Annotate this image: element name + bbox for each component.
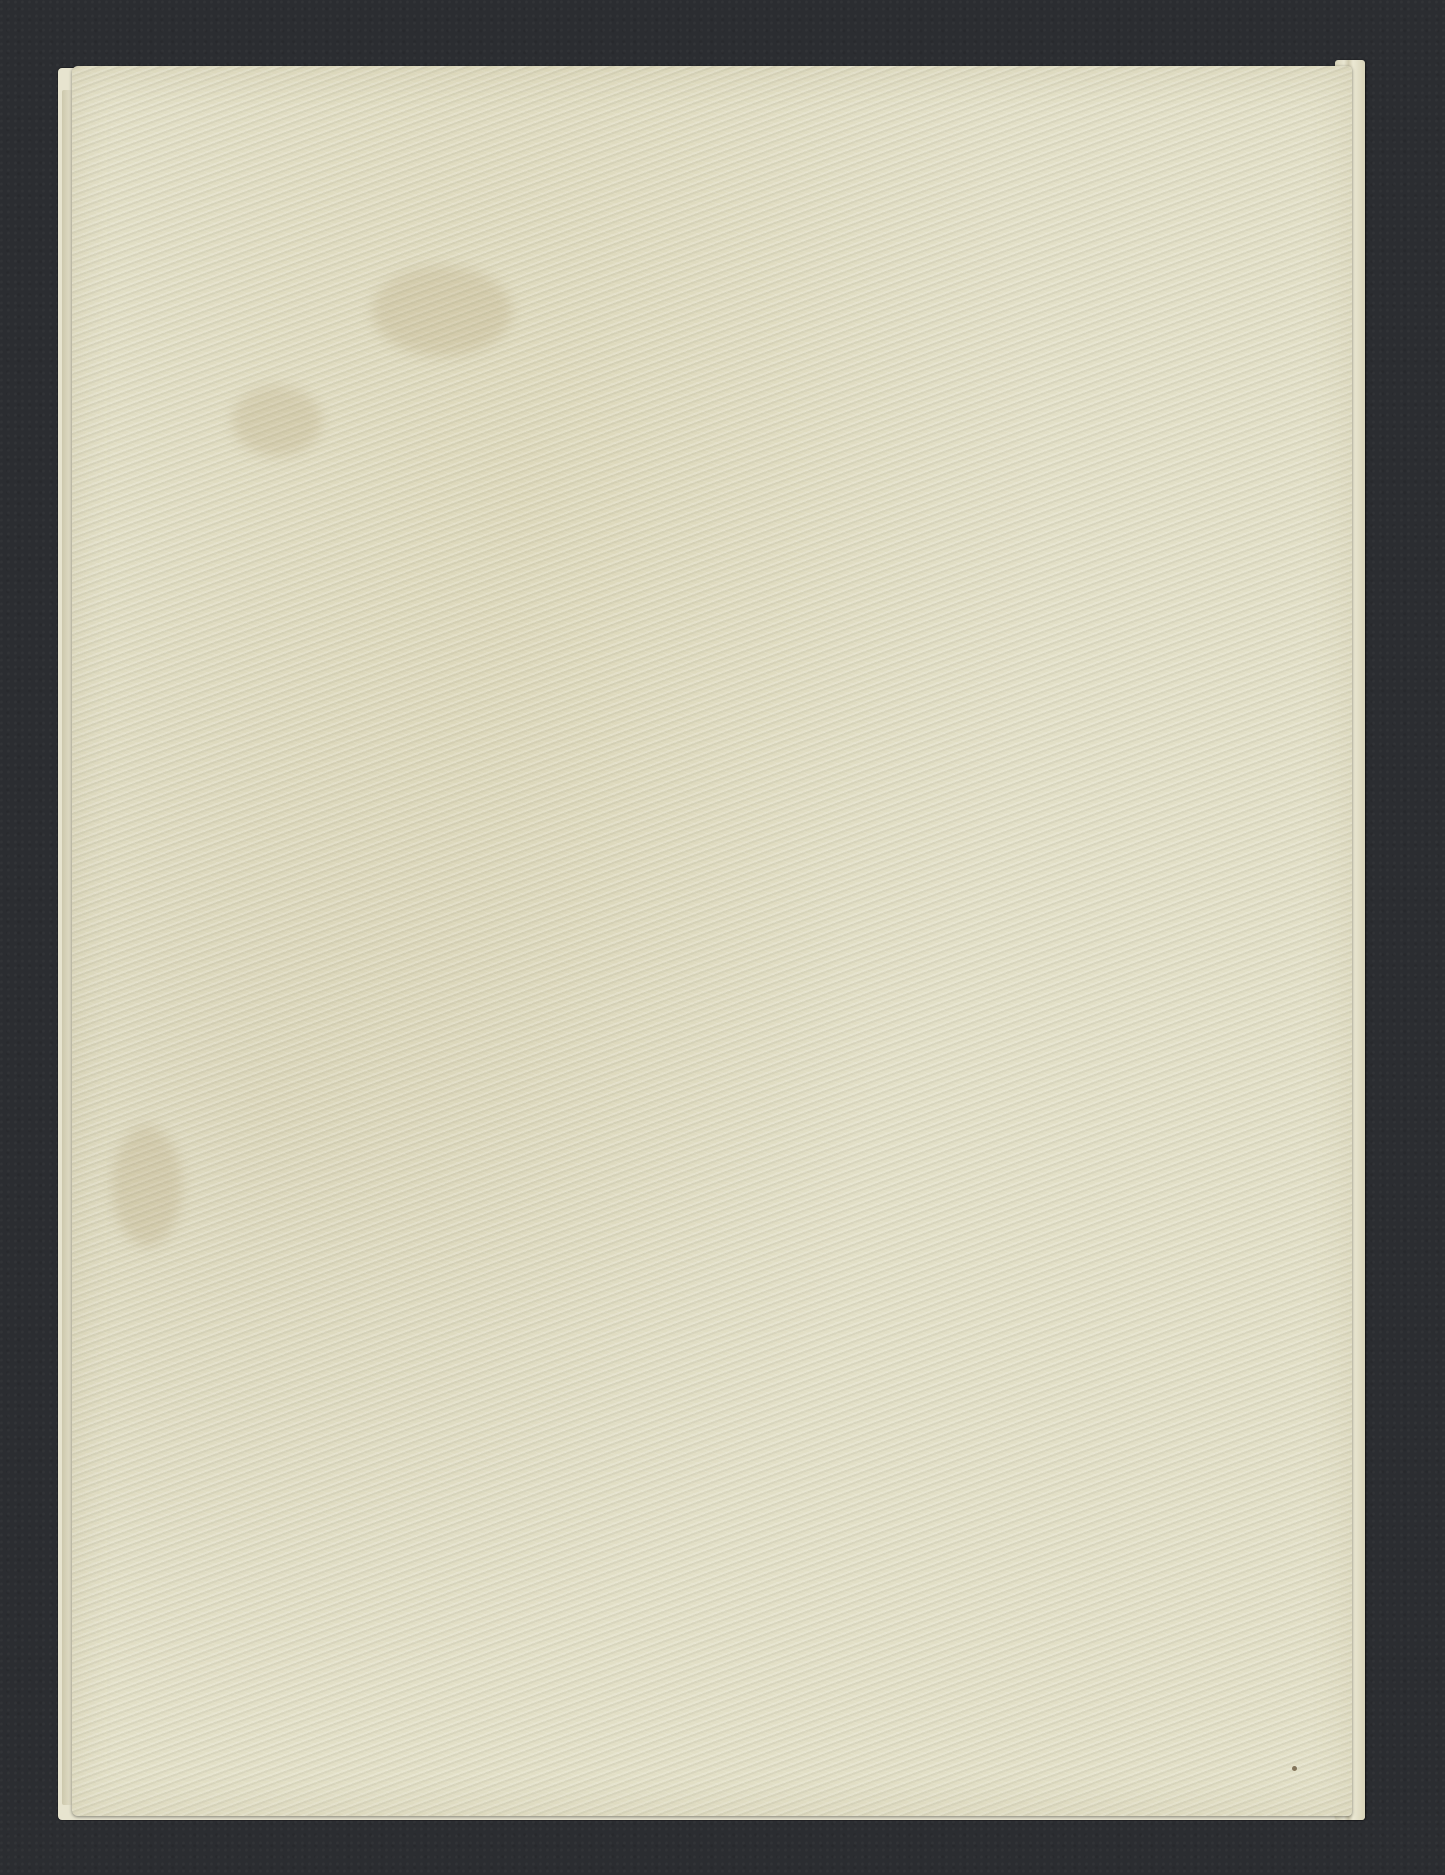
book-cover: [72, 66, 1352, 1816]
cover-stain: [232, 386, 322, 456]
cover-speck: [1292, 1766, 1297, 1771]
cover-stain: [112, 1126, 182, 1246]
cover-stain: [372, 266, 512, 356]
